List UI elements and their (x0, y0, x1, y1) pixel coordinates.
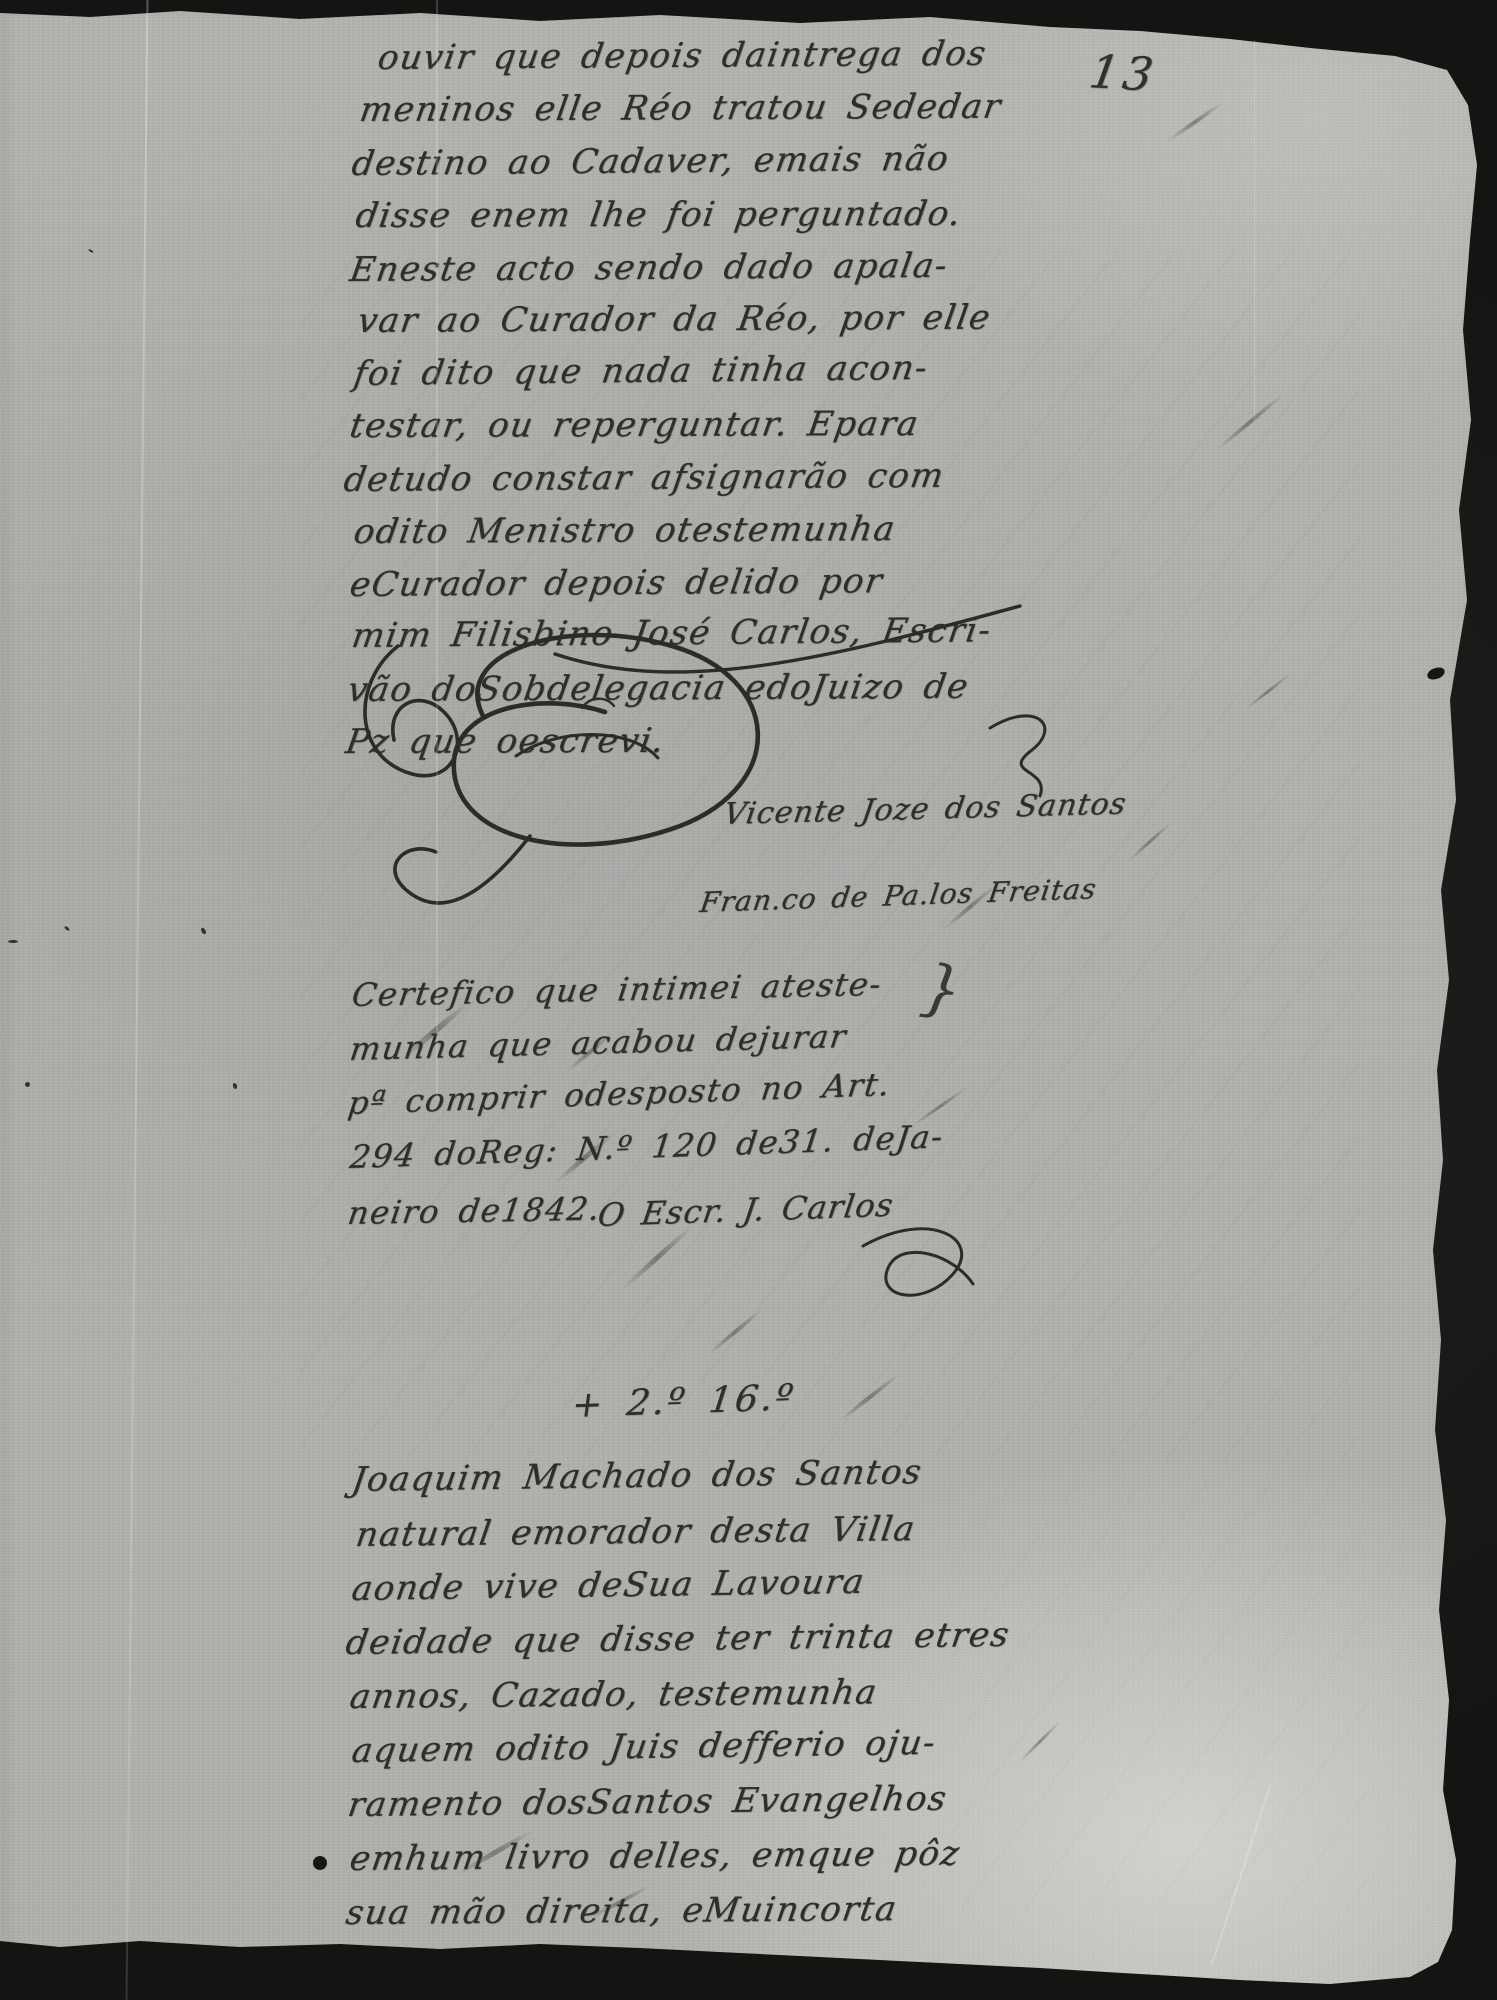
ink-speck (88, 249, 94, 254)
manuscript-line: var ao Curador da Réo, por elle (355, 300, 994, 341)
paper-sheet: 13 ouvir que depois daintrega dos menino… (0, 0, 1497, 2000)
ink-smudge (1127, 820, 1174, 862)
manuscript-line: aquem odito Juis defferio oju- (349, 1725, 938, 1771)
manuscript-line: natural emorador desta Villa (353, 1511, 918, 1554)
manuscript-line: ouvir que depois daintrega dos (375, 36, 989, 78)
ink-speck (25, 1082, 30, 1087)
certification-line: 294 doReg: N.º 120 de31. deJa- (348, 1119, 946, 1175)
ink-smudge (1243, 672, 1292, 711)
manuscript-line: odito Menistro otestemunha (351, 511, 898, 551)
manuscript-line: Eneste acto sendo dado apala- (347, 248, 950, 290)
signature-flourish (845, 1212, 995, 1330)
manuscript-line: annos, Cazado, testemunha (347, 1674, 880, 1716)
ink-smudge (707, 1308, 763, 1356)
scan-background: 13 ouvir que depois daintrega dos menino… (0, 0, 1497, 2000)
ink-smudge (1018, 1719, 1063, 1764)
manuscript-line: sua mão direita, eMuincorta (343, 1891, 900, 1932)
manuscript-line: testar, ou reperguntar. Epara (347, 406, 922, 445)
manuscript-line: meninos elle Réo tratou Sededar (357, 89, 1004, 130)
signature-flourish (978, 698, 1070, 810)
ink-smudge (1165, 100, 1225, 143)
ink-speck (64, 925, 71, 931)
section-heading: + 2.º 16.º (570, 1378, 798, 1425)
manuscript-line: aonde vive deSua Lavoura (349, 1564, 867, 1609)
brace-mark: } (916, 949, 968, 1028)
manuscript-line: disse enem lhe foi perguntado. (353, 196, 964, 236)
ink-speck (8, 940, 18, 943)
manuscript-line: detudo constar afsignarão com (341, 458, 947, 500)
wormhole (313, 1856, 327, 1870)
manuscript-line: destino ao Cadaver, emais não (349, 141, 952, 184)
page-number: 13 (1086, 44, 1161, 101)
manuscript-line: foi dito que nada tinha acon- (351, 350, 930, 393)
ink-smudge (621, 1224, 695, 1291)
manuscript-line: Joaquim Machado dos Santos (349, 1454, 924, 1499)
ink-smudge (837, 1371, 903, 1423)
manuscript-line: ramento dosSantos Evangelhos (345, 1781, 950, 1825)
wormhole (1426, 665, 1447, 681)
showthrough-hatch (950, 1480, 1370, 1910)
certification-line: neiro de1842. (346, 1192, 604, 1232)
ink-speck (200, 927, 207, 935)
certification-line: Certefico que intimei ateste- (350, 967, 885, 1013)
ink-speck (232, 1082, 238, 1089)
ink-smudge (1214, 392, 1286, 453)
manuscript-line: deidade que disse ter trinta etres (343, 1617, 1012, 1662)
manuscript-line: emhum livro delles, emque pôz (347, 1836, 963, 1879)
certification-line: pª comprir odesposto no Art. (346, 1067, 893, 1121)
